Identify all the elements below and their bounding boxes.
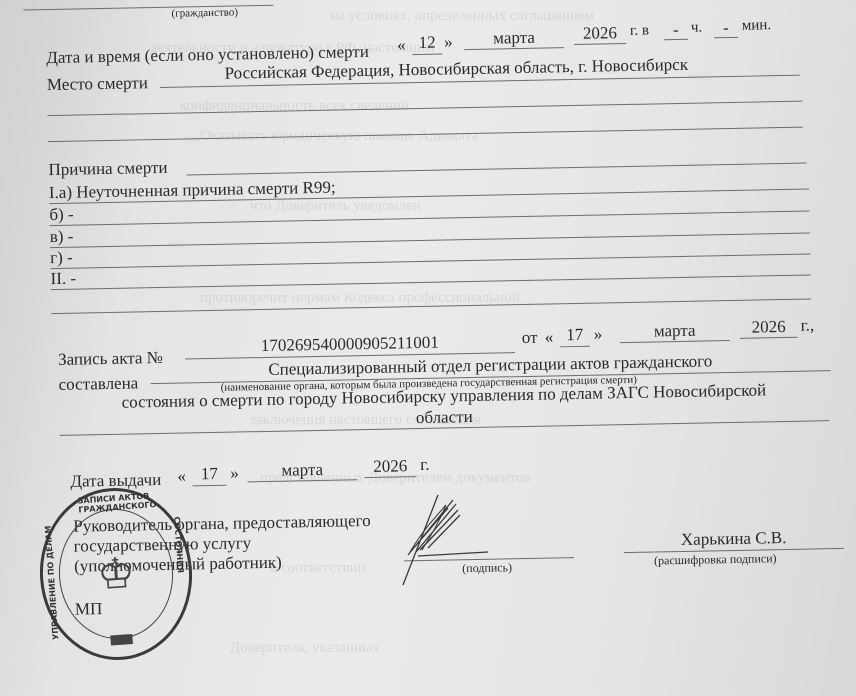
death-day-open-quote: « xyxy=(397,35,406,55)
death-cause-item-value: - xyxy=(68,205,74,224)
death-cause-line-5 xyxy=(51,274,811,290)
death-cause-item-value: - xyxy=(68,227,74,246)
death-hour-suffix: ч. xyxy=(691,20,703,37)
signer-caption: (расшифровка подписи) xyxy=(654,551,777,568)
record-year-underline xyxy=(740,337,798,339)
death-minute-value: - xyxy=(714,18,738,38)
signer-name: Харькина С.В. xyxy=(624,527,844,551)
stamp-code-block xyxy=(110,634,133,646)
death-place-line-3 xyxy=(48,127,803,142)
record-year-suffix: г., xyxy=(800,315,814,335)
death-minute-underline xyxy=(714,37,738,38)
death-year-value: 2026 xyxy=(574,23,626,44)
death-place-label: Место смерти xyxy=(47,73,148,95)
death-cause-item-value: - xyxy=(70,269,76,288)
death-cause-item-3: в) - xyxy=(50,227,74,247)
death-cause-item-value: - xyxy=(67,248,73,267)
death-cause-item-key: б) xyxy=(49,205,64,224)
record-label: Запись акта № xyxy=(58,348,163,370)
death-cause-underline xyxy=(187,163,807,176)
death-cause-item-key: I.а) xyxy=(49,183,72,202)
record-day-open-quote: « xyxy=(545,327,554,347)
death-hour-underline xyxy=(664,39,688,40)
death-day-close-quote: » xyxy=(444,32,453,52)
record-day-value: 17 xyxy=(560,325,590,346)
death-cause-line-3 xyxy=(50,232,810,248)
record-day-close-quote: » xyxy=(594,325,603,345)
death-cause-line-4 xyxy=(50,253,810,269)
death-minute-suffix: мин. xyxy=(742,17,772,35)
death-day-underline xyxy=(412,54,442,56)
death-day-value: 12 xyxy=(412,33,442,54)
record-day-underline xyxy=(560,346,590,348)
record-year-value: 2026 xyxy=(739,317,797,338)
issue-year-suffix: г. xyxy=(420,455,430,475)
issue-year-underline xyxy=(364,476,416,478)
handwritten-signature xyxy=(398,490,498,590)
issue-month-value: марта xyxy=(247,459,357,481)
death-place-line-2 xyxy=(47,101,802,116)
death-cause-item-key: в) xyxy=(50,227,64,246)
death-cause-line-2 xyxy=(50,210,810,226)
death-cause-item-key: г) xyxy=(50,248,63,267)
record-from-label: от xyxy=(522,328,538,348)
record-month-value: марта xyxy=(620,320,730,342)
issue-day-underline xyxy=(193,485,227,487)
death-hour-value: - xyxy=(664,20,688,40)
issue-day-open-quote: « xyxy=(177,467,186,487)
death-cause-item-2: б) - xyxy=(49,205,74,225)
death-cause-item-4: г) - xyxy=(50,248,73,268)
issue-day-close-quote: » xyxy=(230,464,239,484)
death-year-suffix: г. в xyxy=(630,23,649,40)
death-cause-item-5: II. - xyxy=(50,269,76,289)
issue-year-value: 2026 xyxy=(364,456,416,477)
issue-day-value: 17 xyxy=(192,464,226,485)
double-headed-eagle-icon: ♔ xyxy=(95,548,136,601)
death-cause-item-key: II. xyxy=(50,269,66,288)
death-cause-line-6 xyxy=(51,298,811,314)
citizenship-caption: (гражданство) xyxy=(171,6,238,19)
death-year-underline xyxy=(574,43,626,45)
death-cause-label: Причина смерти xyxy=(48,158,167,180)
death-month-value: марта xyxy=(464,27,564,49)
